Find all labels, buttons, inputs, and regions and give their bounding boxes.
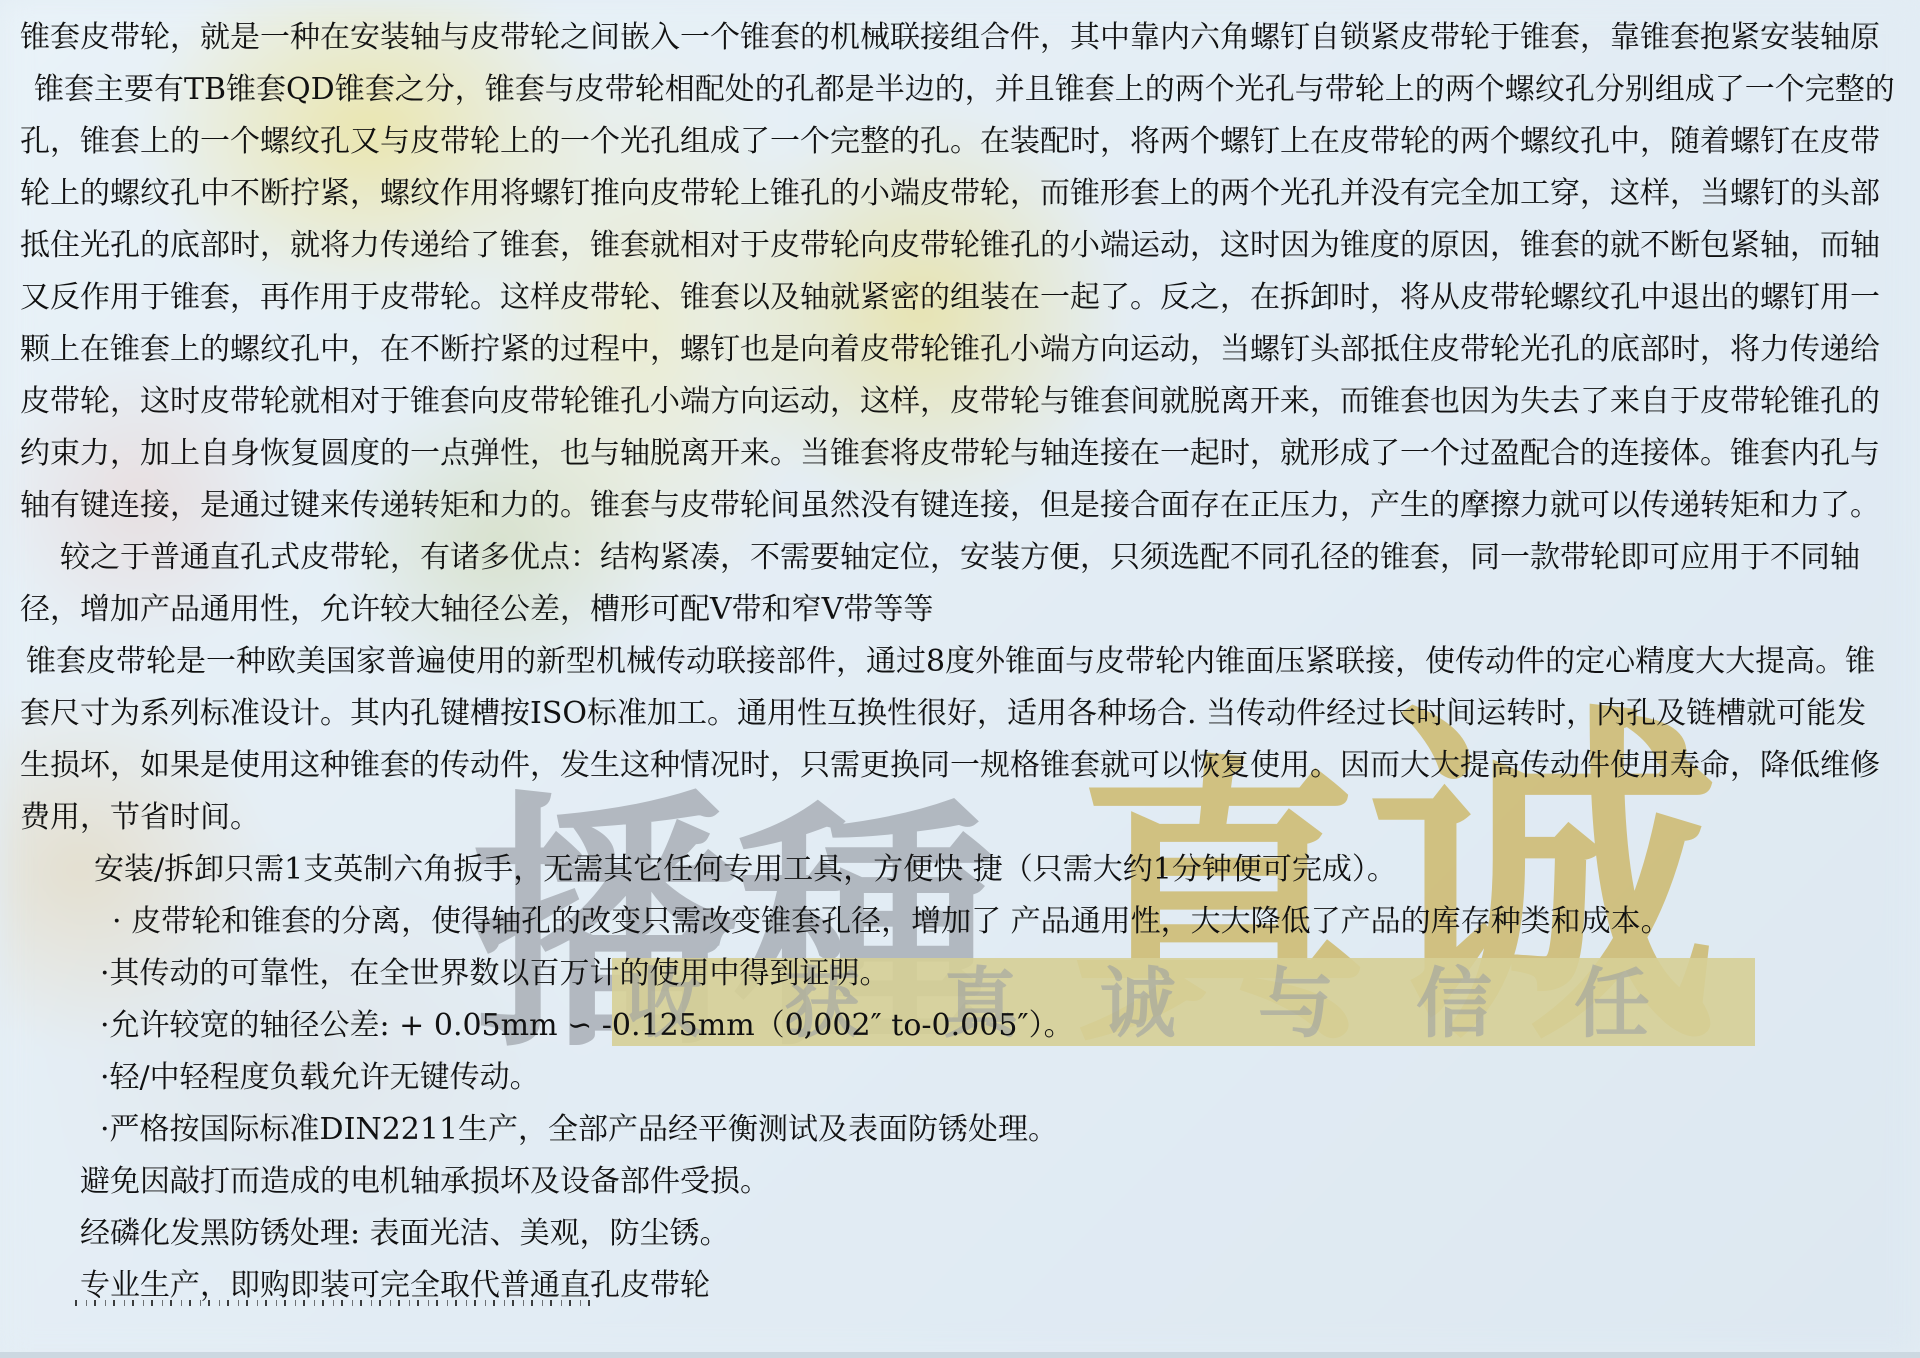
- text-line: ·轻/中轻程度负载允许无键传动。: [20, 1052, 1916, 1104]
- text-line: 套尺寸为系列标准设计。其内孔键槽按ISO标准加工。通用性互换性很好，适用各种场合…: [20, 688, 1916, 740]
- text-line: 孔，锥套上的一个螺纹孔又与皮带轮上的一个光孔组成了一个完整的孔。在装配时，将两个…: [20, 116, 1916, 168]
- text-line: 避免因敲打而造成的电机轴承损坏及设备部件受损。: [20, 1156, 1916, 1208]
- text-line: 锥套主要有TB锥套QD锥套之分，锥套与皮带轮相配处的孔都是半边的，并且锥套上的两…: [20, 64, 1916, 116]
- clipped-next-line: [75, 1300, 590, 1306]
- text-line: 约束力，加上自身恢复圆度的一点弹性，也与轴脱离开来。当锥套将皮带轮与轴连接在一起…: [20, 428, 1916, 480]
- text-line: 经磷化发黑防锈处理: 表面光洁、美观，防尘锈。: [20, 1208, 1916, 1260]
- text-line: 径，增加产品通用性，允许较大轴径公差，槽形可配V带和窄V带等等: [20, 584, 1916, 636]
- text-line: · 皮带轮和锥套的分离，使得轴孔的改变只需改变锥套孔径，增加了 产品通用性，大大…: [20, 896, 1916, 948]
- document-text: 锥套皮带轮，就是一种在安装轴与皮带轮之间嵌入一个锥套的机械联接组合件，其中靠内六…: [20, 12, 1916, 1312]
- bottom-edge-strip: [0, 1352, 1920, 1358]
- text-line: 轴有键连接，是通过键来传递转矩和力的。锥套与皮带轮间虽然没有键连接，但是接合面存…: [20, 480, 1916, 532]
- text-line: 颗上在锥套上的螺纹孔中，在不断拧紧的过程中，螺钉也是向着皮带轮锥孔小端方向运动，…: [20, 324, 1916, 376]
- text-line: 生损坏，如果是使用这种锥套的传动件，发生这种情况时，只需更换同一规格锥套就可以恢…: [20, 740, 1916, 792]
- text-line: ·严格按国际标准DIN2211生产，全部产品经平衡测试及表面防锈处理。: [20, 1104, 1916, 1156]
- text-line: 安装/拆卸只需1支英制六角扳手，无需其它任何专用工具，方便快 捷（只需大约1分钟…: [20, 844, 1916, 896]
- text-line: 锥套皮带轮是一种欧美国家普遍使用的新型机械传动联接部件，通过8度外锥面与皮带轮内…: [20, 636, 1916, 688]
- text-line: ·其传动的可靠性，在全世界数以百万计的使用中得到证明。: [20, 948, 1916, 1000]
- text-line: 又反作用于锥套，再作用于皮带轮。这样皮带轮、锥套以及轴就紧密的组装在一起了。反之…: [20, 272, 1916, 324]
- text-line: 皮带轮，这时皮带轮就相对于锥套向皮带轮锥孔小端方向运动，这样，皮带轮与锥套间就脱…: [20, 376, 1916, 428]
- text-line: 轮上的螺纹孔中不断拧紧，螺纹作用将螺钉推向皮带轮上锥孔的小端皮带轮，而锥形套上的…: [20, 168, 1916, 220]
- text-line: 费用，节省时间。: [20, 792, 1916, 844]
- text-line: 锥套皮带轮，就是一种在安装轴与皮带轮之间嵌入一个锥套的机械联接组合件，其中靠内六…: [20, 12, 1916, 64]
- text-line: 抵住光孔的底部时，就将力传递给了锥套，锥套就相对于皮带轮向皮带轮锥孔的小端运动，…: [20, 220, 1916, 272]
- text-line: ·允许较宽的轴径公差: + 0.05mm ∽ -0.125mm（0,002″ t…: [20, 1000, 1916, 1052]
- text-line: 较之于普通直孔式皮带轮，有诸多优点：结构紧凑，不需要轴定位，安装方便，只须选配不…: [20, 532, 1916, 584]
